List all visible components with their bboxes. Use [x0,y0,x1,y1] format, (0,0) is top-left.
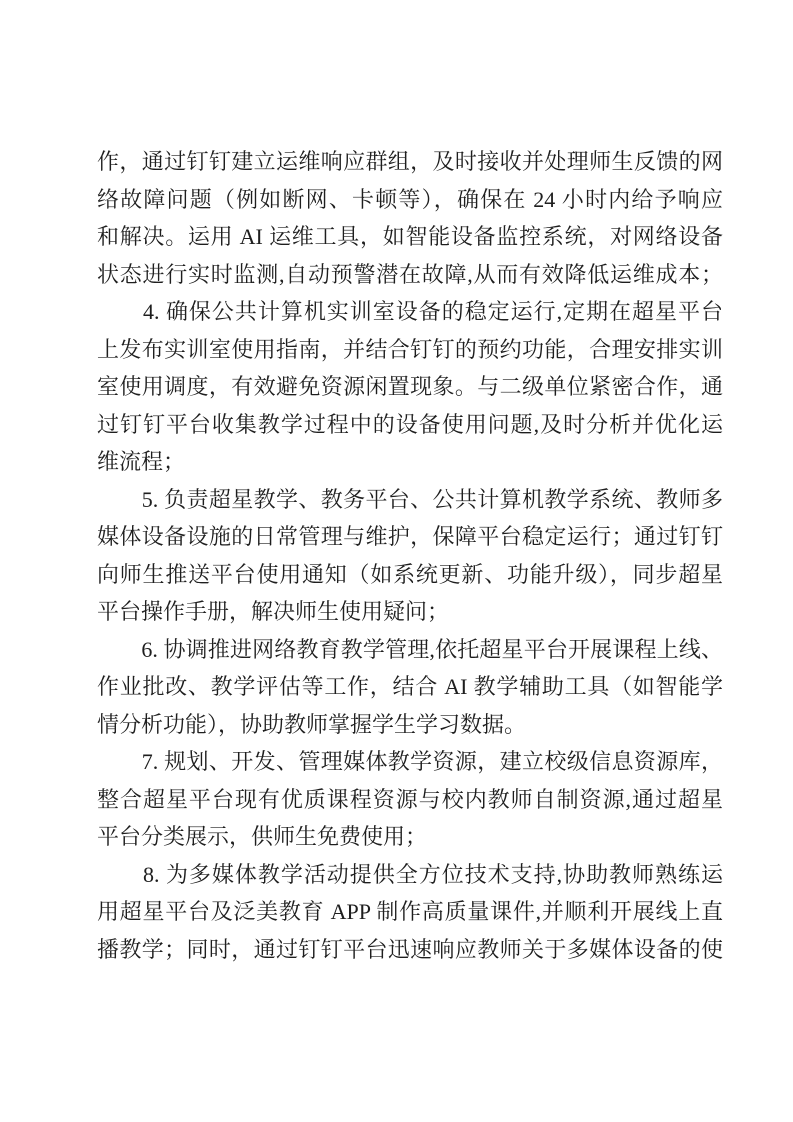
text-line: 络故障问题（例如断网、卡顿等），确保在 24 小时内给予响应 [97,181,723,219]
text-line: 媒体设备设施的日常管理与维护，保障平台稳定运行；通过钉钉 [97,518,723,556]
text-line: 向师生推送平台使用通知（如系统更新、功能升级），同步超星 [97,556,723,594]
paragraph-item-7: 7. 规划、开发、管理媒体教学资源，建立校级信息资源库，整合超星平台现有优质课程… [97,743,723,856]
paragraph-item-5: 5. 负责超星教学、教务平台、公共计算机教学系统、教师多媒体设备设施的日常管理与… [97,481,723,631]
text-line: 状态进行实时监测,自动预警潜在故障,从而有效降低运维成本； [97,256,723,294]
text-line: 播教学；同时，通过钉钉平台迅速响应教师关于多媒体设备的使 [97,931,723,969]
text-line: 8. 为多媒体教学活动提供全方位技术支持,协助教师熟练运 [97,856,723,894]
text-line: 室使用调度，有效避免资源闲置现象。与二级单位紧密合作，通 [97,368,723,406]
text-line: 用超星平台及泛美教育 APP 制作高质量课件,并顺利开展线上直 [97,893,723,931]
document-body: 作，通过钉钉建立运维响应群组，及时接收并处理师生反馈的网络故障问题（例如断网、卡… [97,143,723,968]
text-line: 5. 负责超星教学、教务平台、公共计算机教学系统、教师多 [97,481,723,519]
text-line: 和解决。运用 AI 运维工具，如智能设备监控系统，对网络设备 [97,218,723,256]
text-line: 维流程； [97,443,723,481]
text-line: 6. 协调推进网络教育教学管理,依托超星平台开展课程上线、 [97,631,723,669]
text-line: 平台分类展示，供师生免费使用； [97,818,723,856]
paragraph-item-8: 8. 为多媒体教学活动提供全方位技术支持,协助教师熟练运用超星平台及泛美教育 A… [97,856,723,969]
text-line: 4. 确保公共计算机实训室设备的稳定运行,定期在超星平台 [97,293,723,331]
paragraph-item-3-continuation: 作，通过钉钉建立运维响应群组，及时接收并处理师生反馈的网络故障问题（例如断网、卡… [97,143,723,293]
document-page: 作，通过钉钉建立运维响应群组，及时接收并处理师生反馈的网络故障问题（例如断网、卡… [0,0,793,1122]
text-line: 平台操作手册，解决师生使用疑问； [97,593,723,631]
text-line: 作业批改、教学评估等工作，结合 AI 教学辅助工具（如智能学 [97,668,723,706]
text-line: 上发布实训室使用指南，并结合钉钉的预约功能，合理安排实训 [97,331,723,369]
paragraph-item-4: 4. 确保公共计算机实训室设备的稳定运行,定期在超星平台上发布实训室使用指南，并… [97,293,723,481]
text-line: 作，通过钉钉建立运维响应群组，及时接收并处理师生反馈的网 [97,143,723,181]
text-line: 过钉钉平台收集教学过程中的设备使用问题,及时分析并优化运 [97,406,723,444]
text-line: 整合超星平台现有优质课程资源与校内教师自制资源,通过超星 [97,781,723,819]
text-line: 7. 规划、开发、管理媒体教学资源，建立校级信息资源库， [97,743,723,781]
paragraph-item-6: 6. 协调推进网络教育教学管理,依托超星平台开展课程上线、作业批改、教学评估等工… [97,631,723,744]
text-line: 情分析功能），协助教师掌握学生学习数据。 [97,706,723,744]
